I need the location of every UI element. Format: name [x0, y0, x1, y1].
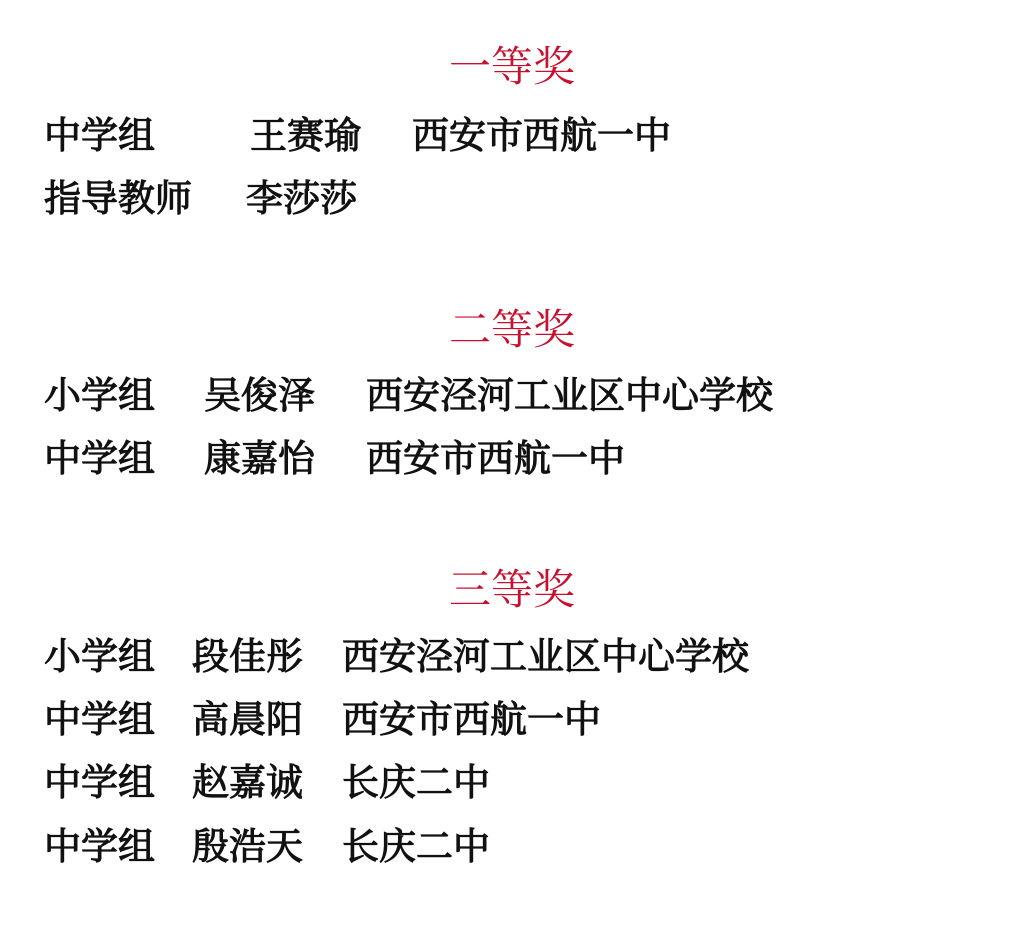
group-label: 中学组 — [44, 113, 155, 159]
school-name: 西安泾河工业区中心学校 — [342, 634, 749, 680]
group-label: 中学组 — [44, 697, 155, 743]
winner-name: 康嘉怡 — [204, 436, 315, 482]
school-name: 西安市西航一中 — [342, 697, 601, 743]
group-label: 指导教师 — [44, 176, 192, 222]
winner-name: 吴俊泽 — [204, 373, 315, 419]
first-prize-heading: 一等奖 — [0, 42, 1024, 92]
school-name: 西安市西航一中 — [412, 113, 671, 159]
winner-name: 高晨阳 — [192, 697, 303, 743]
group-label: 中学组 — [44, 436, 155, 482]
winner-name: 王赛瑜 — [250, 113, 361, 159]
winner-name: 赵嘉诚 — [192, 760, 303, 806]
school-name: 长庆二中 — [342, 824, 490, 870]
group-label: 小学组 — [44, 373, 155, 419]
school-name: 西安市西航一中 — [366, 436, 625, 482]
second-prize-heading: 二等奖 — [0, 305, 1024, 355]
group-label: 中学组 — [44, 760, 155, 806]
school-name: 长庆二中 — [342, 760, 490, 806]
teacher-name: 李莎莎 — [246, 176, 357, 222]
winner-name: 段佳彤 — [192, 634, 303, 680]
winner-name: 殷浩天 — [192, 824, 303, 870]
group-label: 小学组 — [44, 634, 155, 680]
school-name: 西安泾河工业区中心学校 — [366, 373, 773, 419]
group-label: 中学组 — [44, 824, 155, 870]
third-prize-heading: 三等奖 — [0, 565, 1024, 615]
